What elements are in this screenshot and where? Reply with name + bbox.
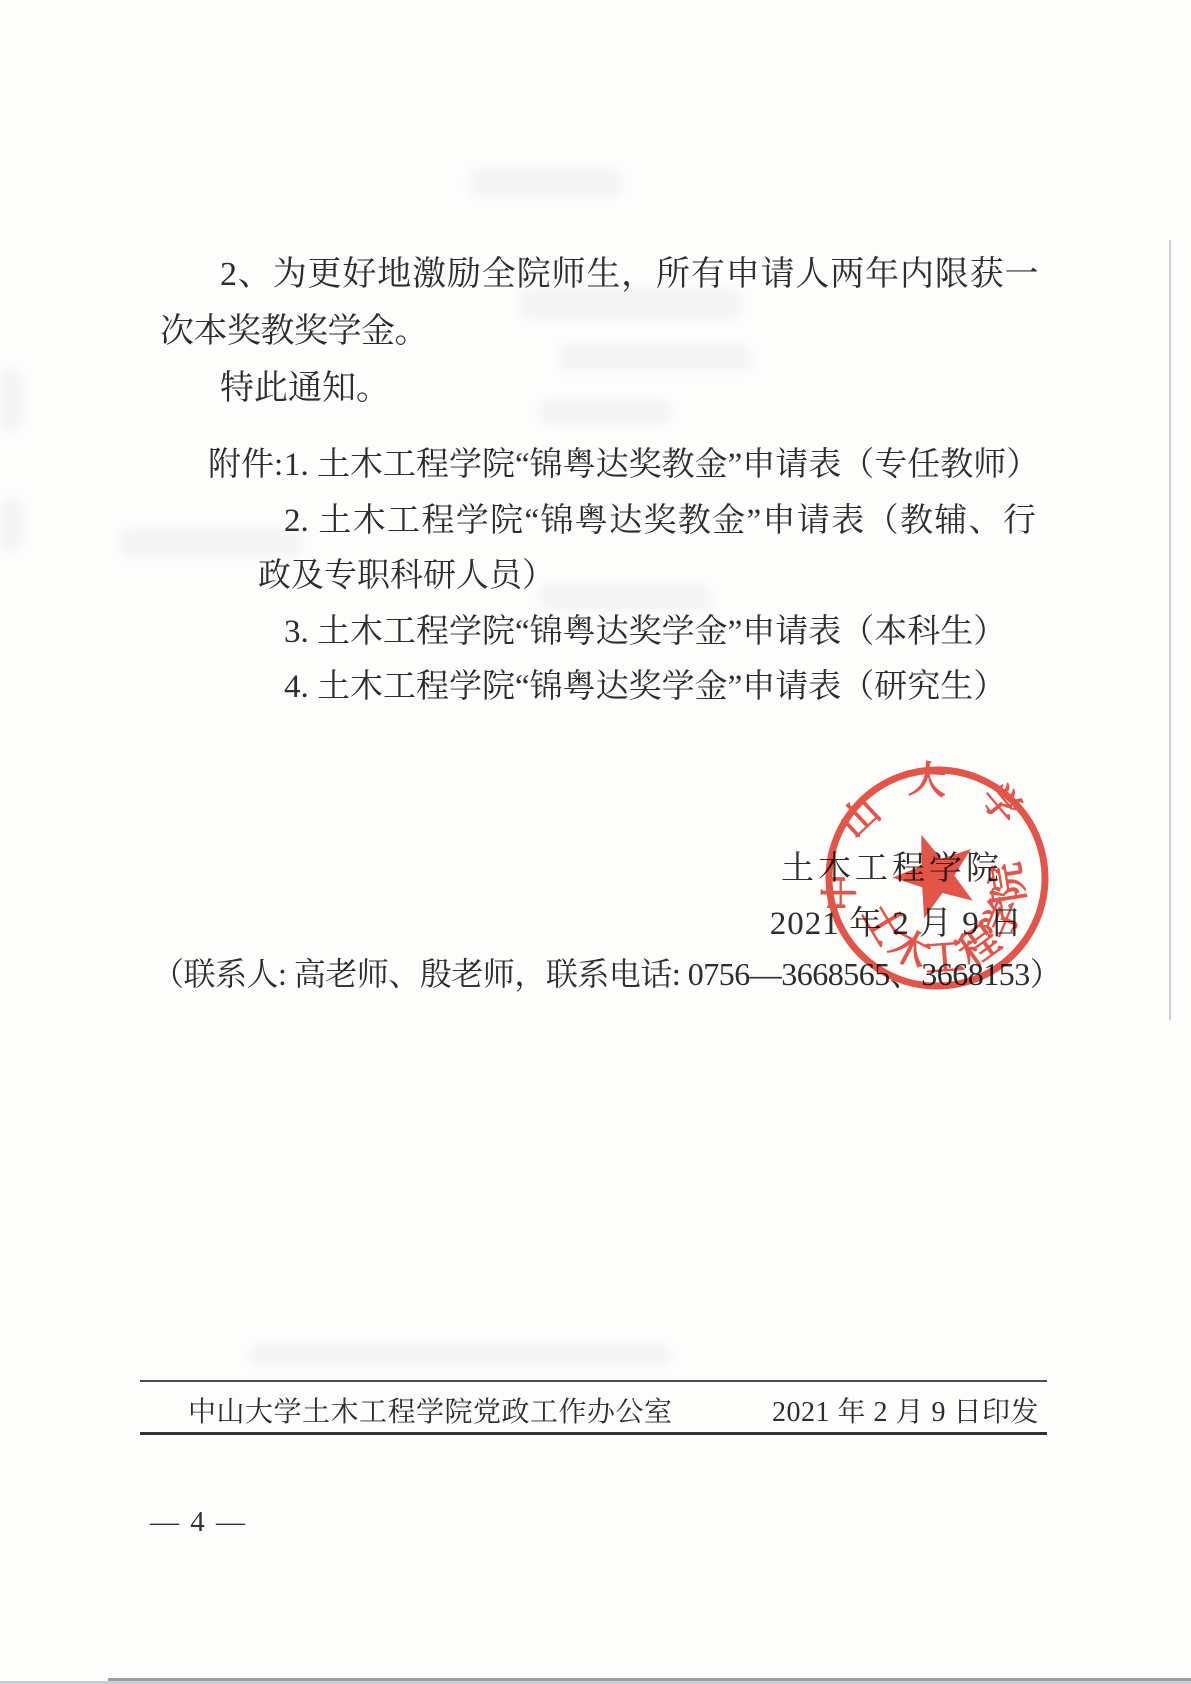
attachment-item: 1. 土木工程学院“锦粤达奖教金”申请表（专任教师） [284,438,1039,494]
attachment-item: 3. 土木工程学院“锦粤达奖学金”申请表（本科生） [284,605,1039,661]
bleed-artifact [0,500,22,550]
bleed-artifact [0,370,22,430]
attachment-item: 2. 土木工程学院“锦粤达奖教金”申请表（教辅、行政及专职科研人员） [258,494,1036,605]
document-page: 2、为更好地激励全院师生，所有申请人两年内限获一次本奖教奖学金。 特此通知。 附… [0,0,1191,1684]
footer-row: 中山大学土木工程学院党政工作办公室 2021 年 2 月 9 日印发 [140,1390,1047,1430]
scan-edge-shadow [108,1678,1191,1681]
page-number: — 4 — [150,1506,247,1539]
closing-line: 特此通知。 [160,360,1038,417]
attachment-item: 4. 土木工程学院“锦粤达奖学金”申请表（研究生） [284,660,1039,716]
attachments-list: 1. 土木工程学院“锦粤达奖教金”申请表（专任教师） 2. 土木工程学院“锦粤达… [284,438,1039,716]
footer-top-rule [140,1380,1047,1382]
attachments-label: 附件: [208,438,284,494]
bleed-artifact [250,1345,670,1365]
footer-issuer: 中山大学土木工程学院党政工作办公室 [140,1390,673,1430]
scan-edge-shadow [1169,240,1171,1020]
footer-bottom-rule [140,1432,1047,1435]
body-paragraph: 2、为更好地激励全院师生，所有申请人两年内限获一次本奖教奖学金。 [160,246,1038,360]
bleed-artifact [470,170,620,196]
footer-print-date: 2021 年 2 月 9 日印发 [772,1390,1047,1430]
attachments-block: 附件: 1. 土木工程学院“锦粤达奖教金”申请表（专任教师） 2. 土木工程学院… [208,438,1038,716]
official-seal: 中山大学 土木工程学院 [805,746,1069,1010]
